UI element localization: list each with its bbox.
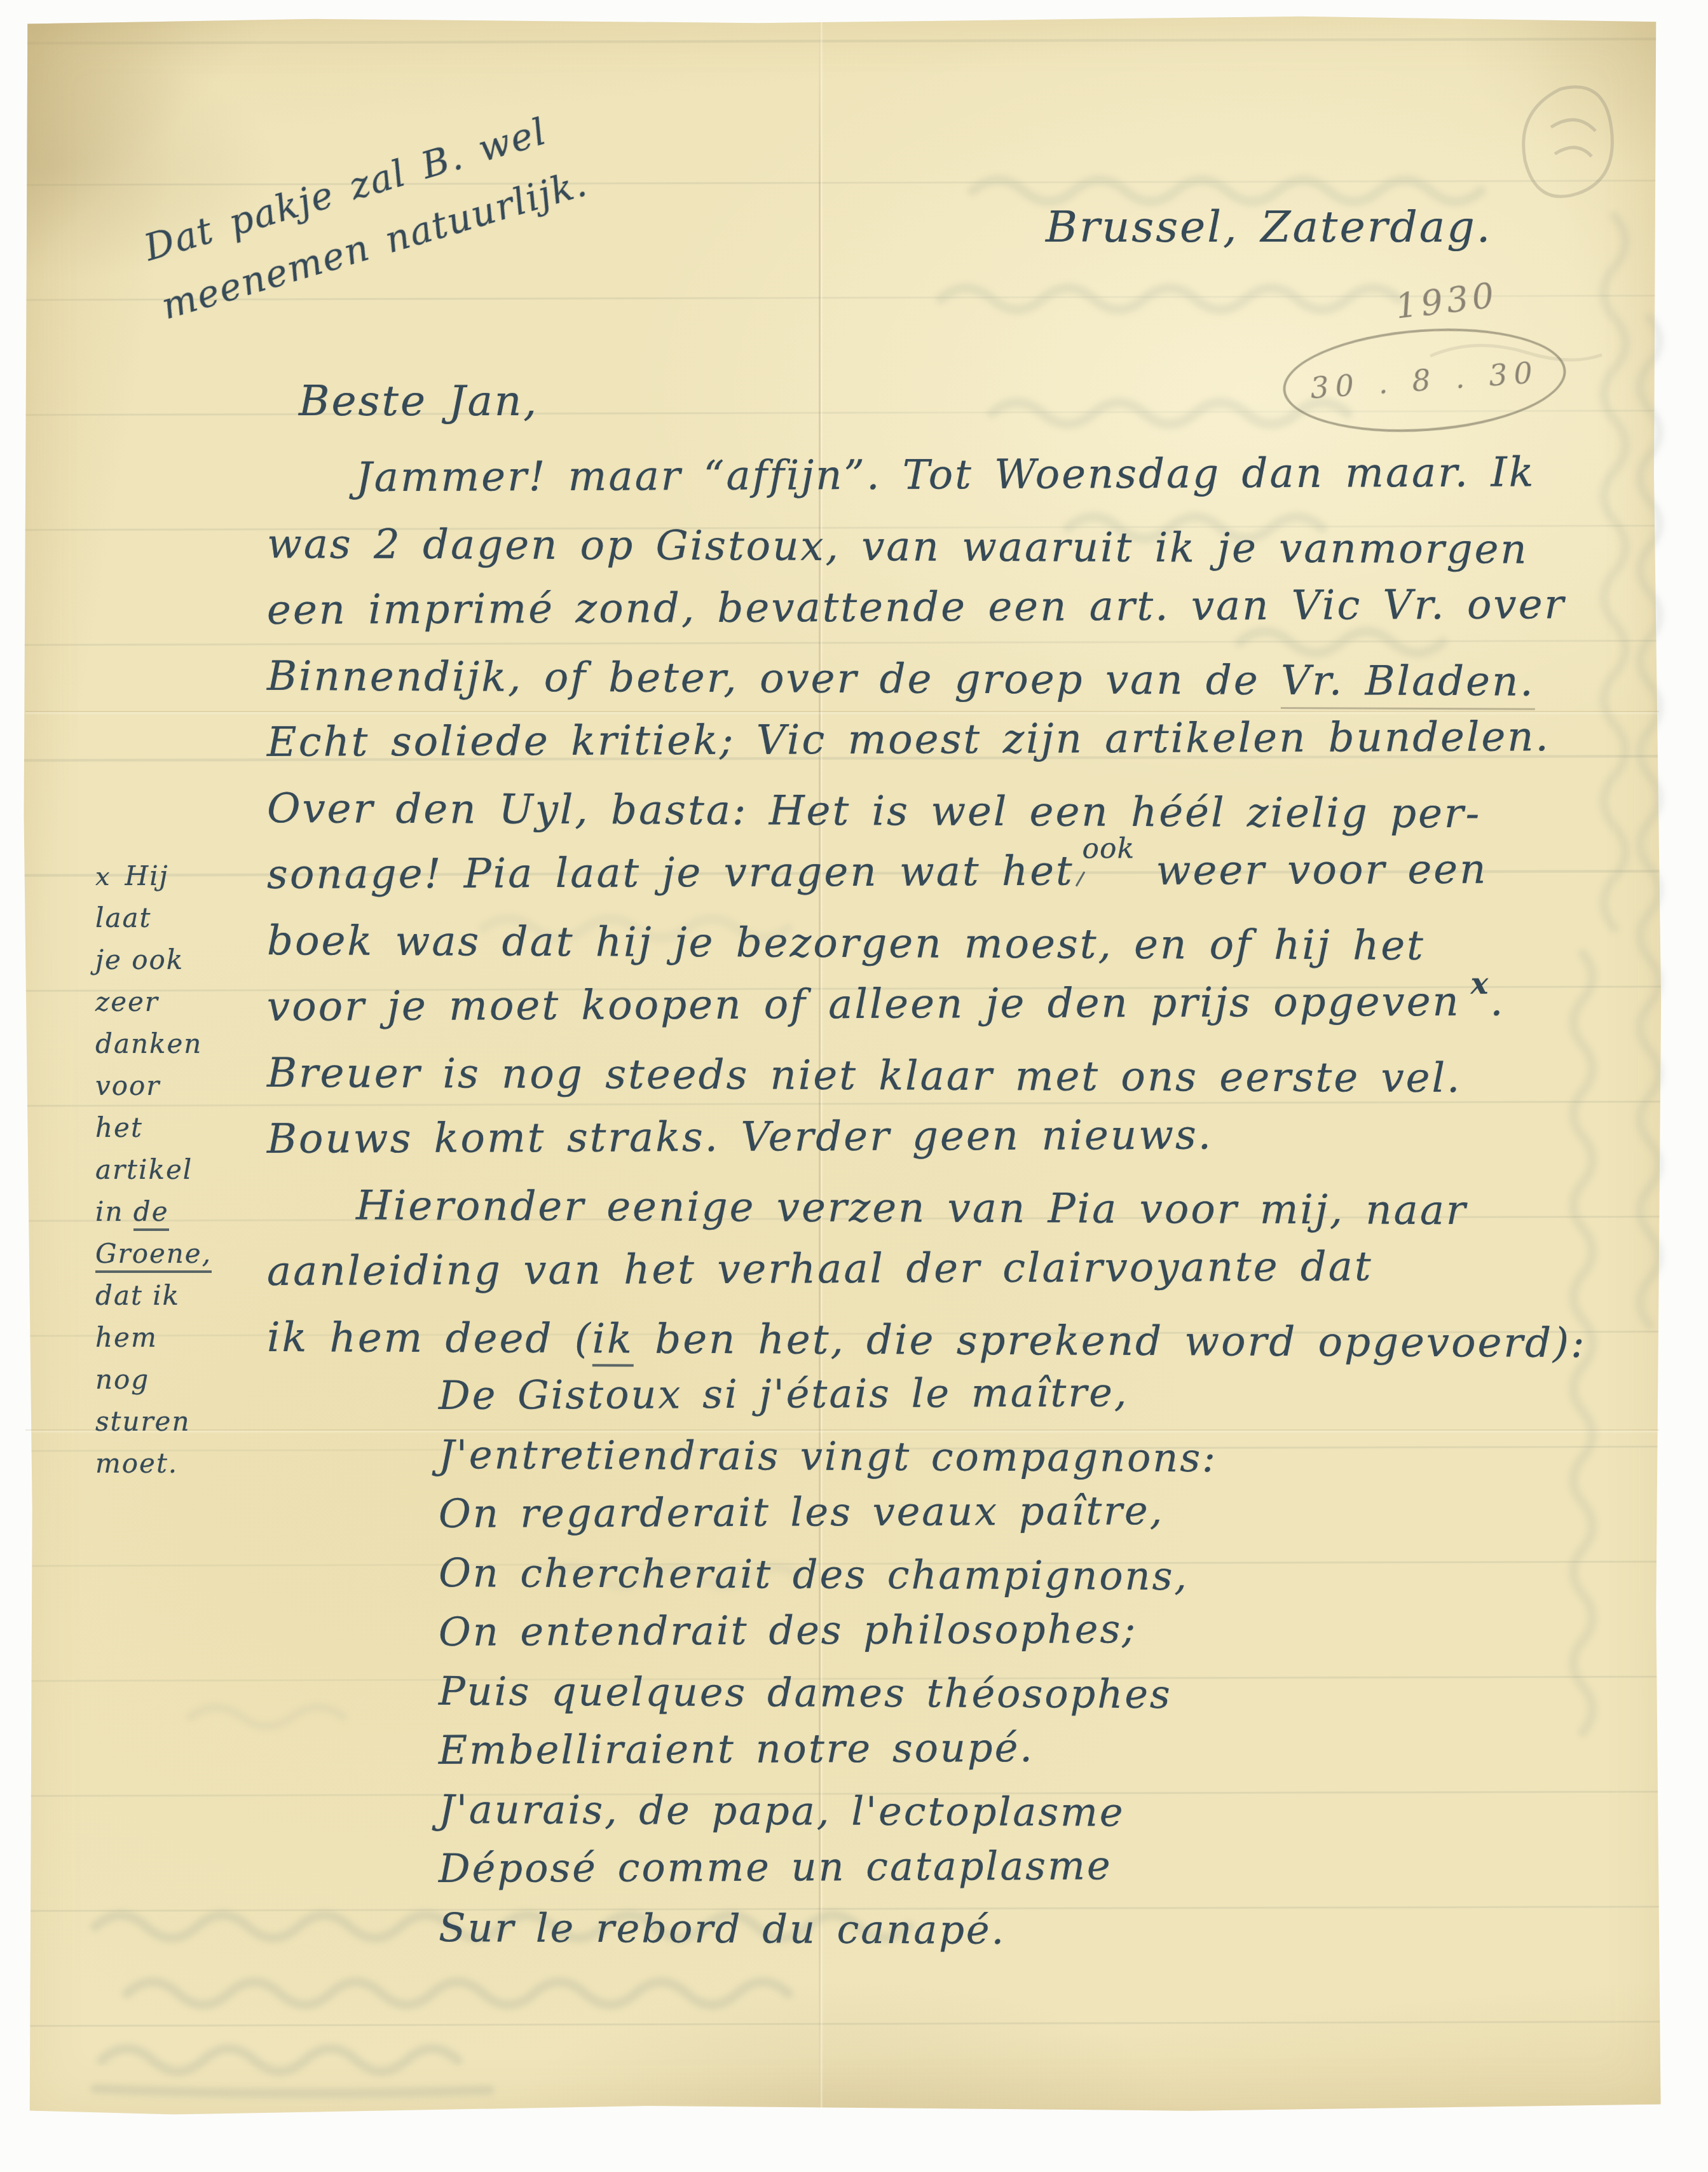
margin-line: in de	[95, 1191, 292, 1233]
scan-canvas: Dat pakje zal B. wel meenemen natuurlijk…	[0, 0, 1708, 2172]
underlined-vr-bladen: Vr. Bladen.	[1281, 657, 1535, 710]
margin-line: moet.	[95, 1443, 292, 1485]
underlined-de: de	[133, 1196, 169, 1231]
margin-line: je ook	[95, 939, 292, 981]
dateline: Brussel, Zaterdag.	[1046, 202, 1492, 252]
margin-line: zeer	[95, 981, 292, 1023]
poem-line: Embelliraient notre soupé.	[439, 1717, 1217, 1780]
margin-line: het	[95, 1107, 292, 1149]
body-line: Jammer! maar “affijn”. Tot Woensdag dan …	[267, 439, 1684, 511]
margin-line: laat	[95, 897, 292, 939]
body-line: Bouws komt straks. Verder geen nieuws.	[267, 1100, 1684, 1172]
inserted-word-ook: ook	[1082, 832, 1135, 865]
footnote-marker-x: x	[1460, 966, 1490, 1001]
body-line: aanleiding van het verhaal der clairvoya…	[267, 1232, 1684, 1305]
body-line: een imprimé zond, bevattende een art. va…	[267, 571, 1684, 643]
poem-line: Sur le rebord du canapé.	[439, 1898, 1217, 1960]
insertion-caret	[1076, 871, 1086, 886]
pencil-date: 30 . 8 . 30	[1309, 355, 1540, 406]
margin-note: xHij laat je ook zeer danken voor het ar…	[95, 855, 292, 1485]
margin-line: danken	[95, 1023, 292, 1065]
poem-line: De Gistoux si j'étais le maître,	[439, 1363, 1217, 1425]
margin-line: sturen	[95, 1401, 292, 1443]
margin-line: dat ik	[95, 1275, 292, 1317]
margin-line: hem	[95, 1317, 292, 1359]
poem-line: On entendrait des philosophes;	[439, 1599, 1217, 1661]
poem-line: On regarderait les veaux paître,	[439, 1481, 1217, 1543]
poem-line: J'entretiendrais vingt compagnons:	[439, 1425, 1217, 1487]
poem-line: Déposé comme un cataplasme	[439, 1836, 1217, 1898]
body-line: Echt soliede kritiek; Vic moest zijn art…	[267, 703, 1684, 776]
underlined-groene: Groene,	[95, 1238, 212, 1273]
underlined-ik: ik	[592, 1316, 634, 1366]
margin-line: artikel	[95, 1149, 292, 1191]
salutation: Beste Jan,	[299, 376, 538, 425]
poem-line: On chercherait des champignons,	[439, 1543, 1217, 1605]
letter-body: Jammer! maar “affijn”. Tot Woensdag dan …	[267, 445, 1684, 1371]
margin-asterisk-x: x	[95, 862, 125, 891]
margin-line: voor	[95, 1065, 292, 1107]
margin-line: Groene,	[95, 1233, 292, 1275]
margin-line: nog	[95, 1359, 292, 1401]
body-line: sonage! Pia laat je vragen wat hetook we…	[267, 835, 1684, 908]
margin-line: xHij	[95, 855, 292, 897]
poem-line: Puis quelques dames théosophes	[439, 1661, 1217, 1724]
poem: De Gistoux si j'étais le maître, J'entre…	[439, 1366, 1217, 1957]
poem-line: J'aurais, de papa, l'ectoplasme	[439, 1780, 1217, 1842]
body-line: voor je moet koopen of alleen je den pri…	[267, 968, 1684, 1040]
